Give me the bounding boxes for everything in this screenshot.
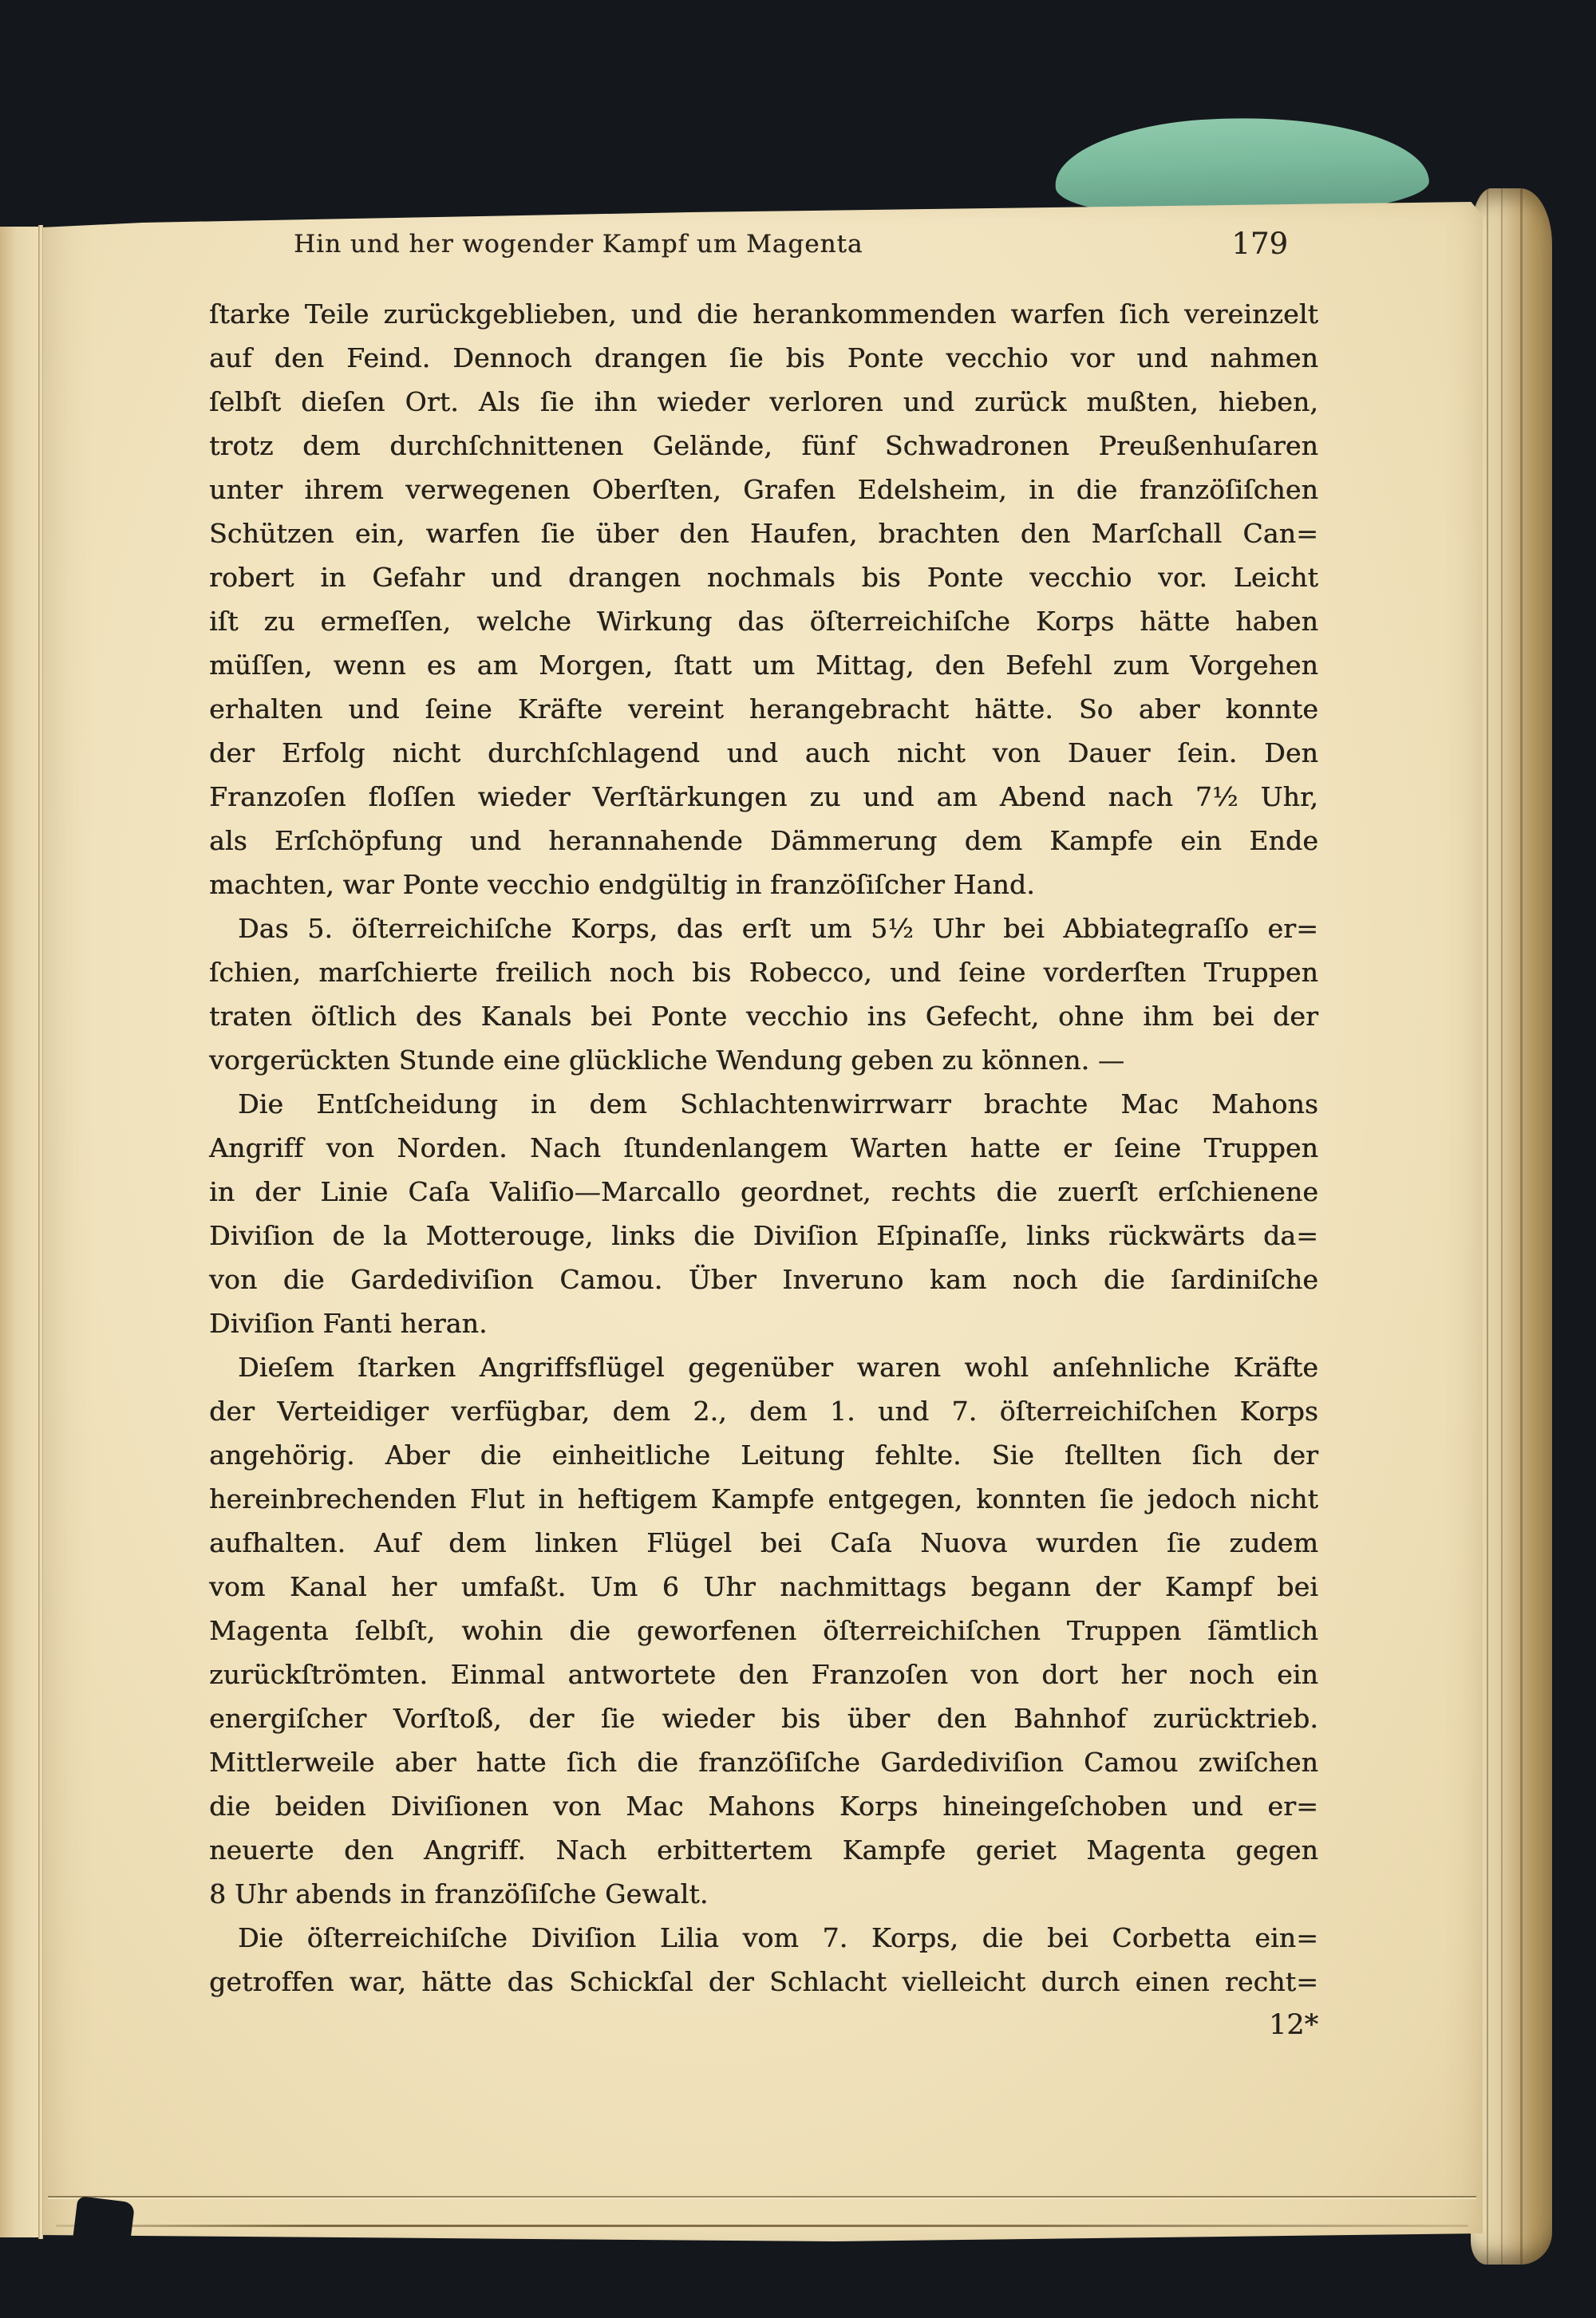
text-line: der Erfolg nicht durchſchlagend und auch… [209, 731, 1318, 775]
text-line: vorgerückten Stunde eine glückliche Wend… [209, 1038, 1318, 1082]
text-line: der Verteidiger verfügbar, dem 2., dem 1… [209, 1389, 1318, 1433]
text-line: iſt zu ermeſſen, welche Wirkung das öſte… [209, 599, 1318, 643]
text-line: Diviſion de la Motterouge, links die Div… [209, 1214, 1318, 1258]
text-block: ſtarke Teile zurückgeblieben, und die he… [209, 292, 1318, 2048]
text-line: vom Kanal her umfaßt. Um 6 Uhr nachmitta… [209, 1565, 1318, 1609]
bottom-page-stack-edge [56, 2225, 1468, 2227]
book-fore-edge-pages [1471, 188, 1552, 2265]
text-line: neuerte den Angriff. Nach erbittertem Ka… [209, 1828, 1318, 1872]
text-line: zurückſtrömten. Einmal antwortete den Fr… [209, 1653, 1318, 1696]
text-line: Angriff von Norden. Nach ſtundenlangem W… [209, 1126, 1318, 1170]
text-line: in der Linie Caſa Valiſio—Marcallo geord… [209, 1170, 1318, 1214]
text-line: traten öſtlich des Kanals bei Ponte vecc… [209, 994, 1318, 1038]
text-line: energiſcher Vorſtoß, der ſie wieder bis … [209, 1696, 1318, 1740]
page-number: 179 [1231, 226, 1288, 263]
text-line: trotz dem durchſchnittenen Gelände, fünf… [209, 424, 1318, 468]
text-line: die beiden Diviſionen von Mac Mahons Kor… [209, 1784, 1318, 1828]
text-line: 8 Uhr abends in franzöſiſche Gewalt. [209, 1872, 1318, 1916]
text-line: ſelbſt dieſen Ort. Als ſie ihn wieder ve… [209, 380, 1318, 424]
text-line: Die öſterreichiſche Diviſion Lilia vom 7… [209, 1916, 1318, 1960]
bottom-left-tear-notch [69, 2196, 135, 2274]
text-line: Mittlerweile aber hatte ſich die franzöſ… [209, 1740, 1318, 1784]
gutter-crease-line [38, 225, 43, 2239]
text-line: auf den Feind. Dennoch drangen ſie bis P… [209, 336, 1318, 380]
text-line: müſſen, wenn es am Morgen, ſtatt um Mitt… [209, 643, 1318, 687]
text-line: Das 5. öſterreichiſche Korps, das erſt u… [209, 906, 1318, 950]
text-line: hereinbrechenden Flut in heftigem Kampfe… [209, 1477, 1318, 1521]
running-title: Hin und her wogender Kampf um Magenta [294, 230, 863, 259]
text-line: ſtarke Teile zurückgeblieben, und die he… [209, 292, 1318, 336]
text-line: angehörig. Aber die einheitliche Leitung… [209, 1433, 1318, 1477]
text-line: als Erſchöpfung und herannahende Dämmeru… [209, 819, 1318, 863]
signature-mark: 12* [209, 2004, 1318, 2048]
text-line: Die Entſcheidung in dem Schlachtenwirrwa… [209, 1082, 1318, 1126]
text-line: Franzoſen floſſen wieder Verſtärkungen z… [209, 775, 1318, 819]
text-line: Diviſion Fanti heran. [209, 1301, 1318, 1345]
text-line: getroffen war, hätte das Schickſal der S… [209, 1960, 1318, 2004]
bottom-page-crease [48, 2196, 1476, 2198]
text-line: robert in Gefahr und drangen nochmals bi… [209, 555, 1318, 599]
page-header: Hin und her wogender Kampf um Magenta 17… [209, 226, 1318, 263]
text-line: von die Gardediviſion Camou. Über Inveru… [209, 1258, 1318, 1301]
text-line: unter ihrem verwegenen Oberſten, Grafen … [209, 468, 1318, 511]
text-line: ſchien, marſchierte freilich noch bis Ro… [209, 950, 1318, 994]
scanned-book-photo: { "scan": { "background_color": "#14171c… [0, 0, 1596, 2318]
text-line: Schützen ein, warfen ſie über den Haufen… [209, 511, 1318, 555]
text-line: machten, war Ponte vecchio endgültig in … [209, 863, 1318, 906]
text-line: Dieſem ſtarken Angriffsflügel gegenüber … [209, 1345, 1318, 1389]
text-line: Magenta ſelbſt, wohin die geworfenen öſt… [209, 1609, 1318, 1653]
text-line: aufhalten. Auf dem linken Flügel bei Caſ… [209, 1521, 1318, 1565]
text-line: erhalten und ſeine Kräfte vereint herang… [209, 687, 1318, 731]
opposite-page-edge [0, 227, 41, 2237]
